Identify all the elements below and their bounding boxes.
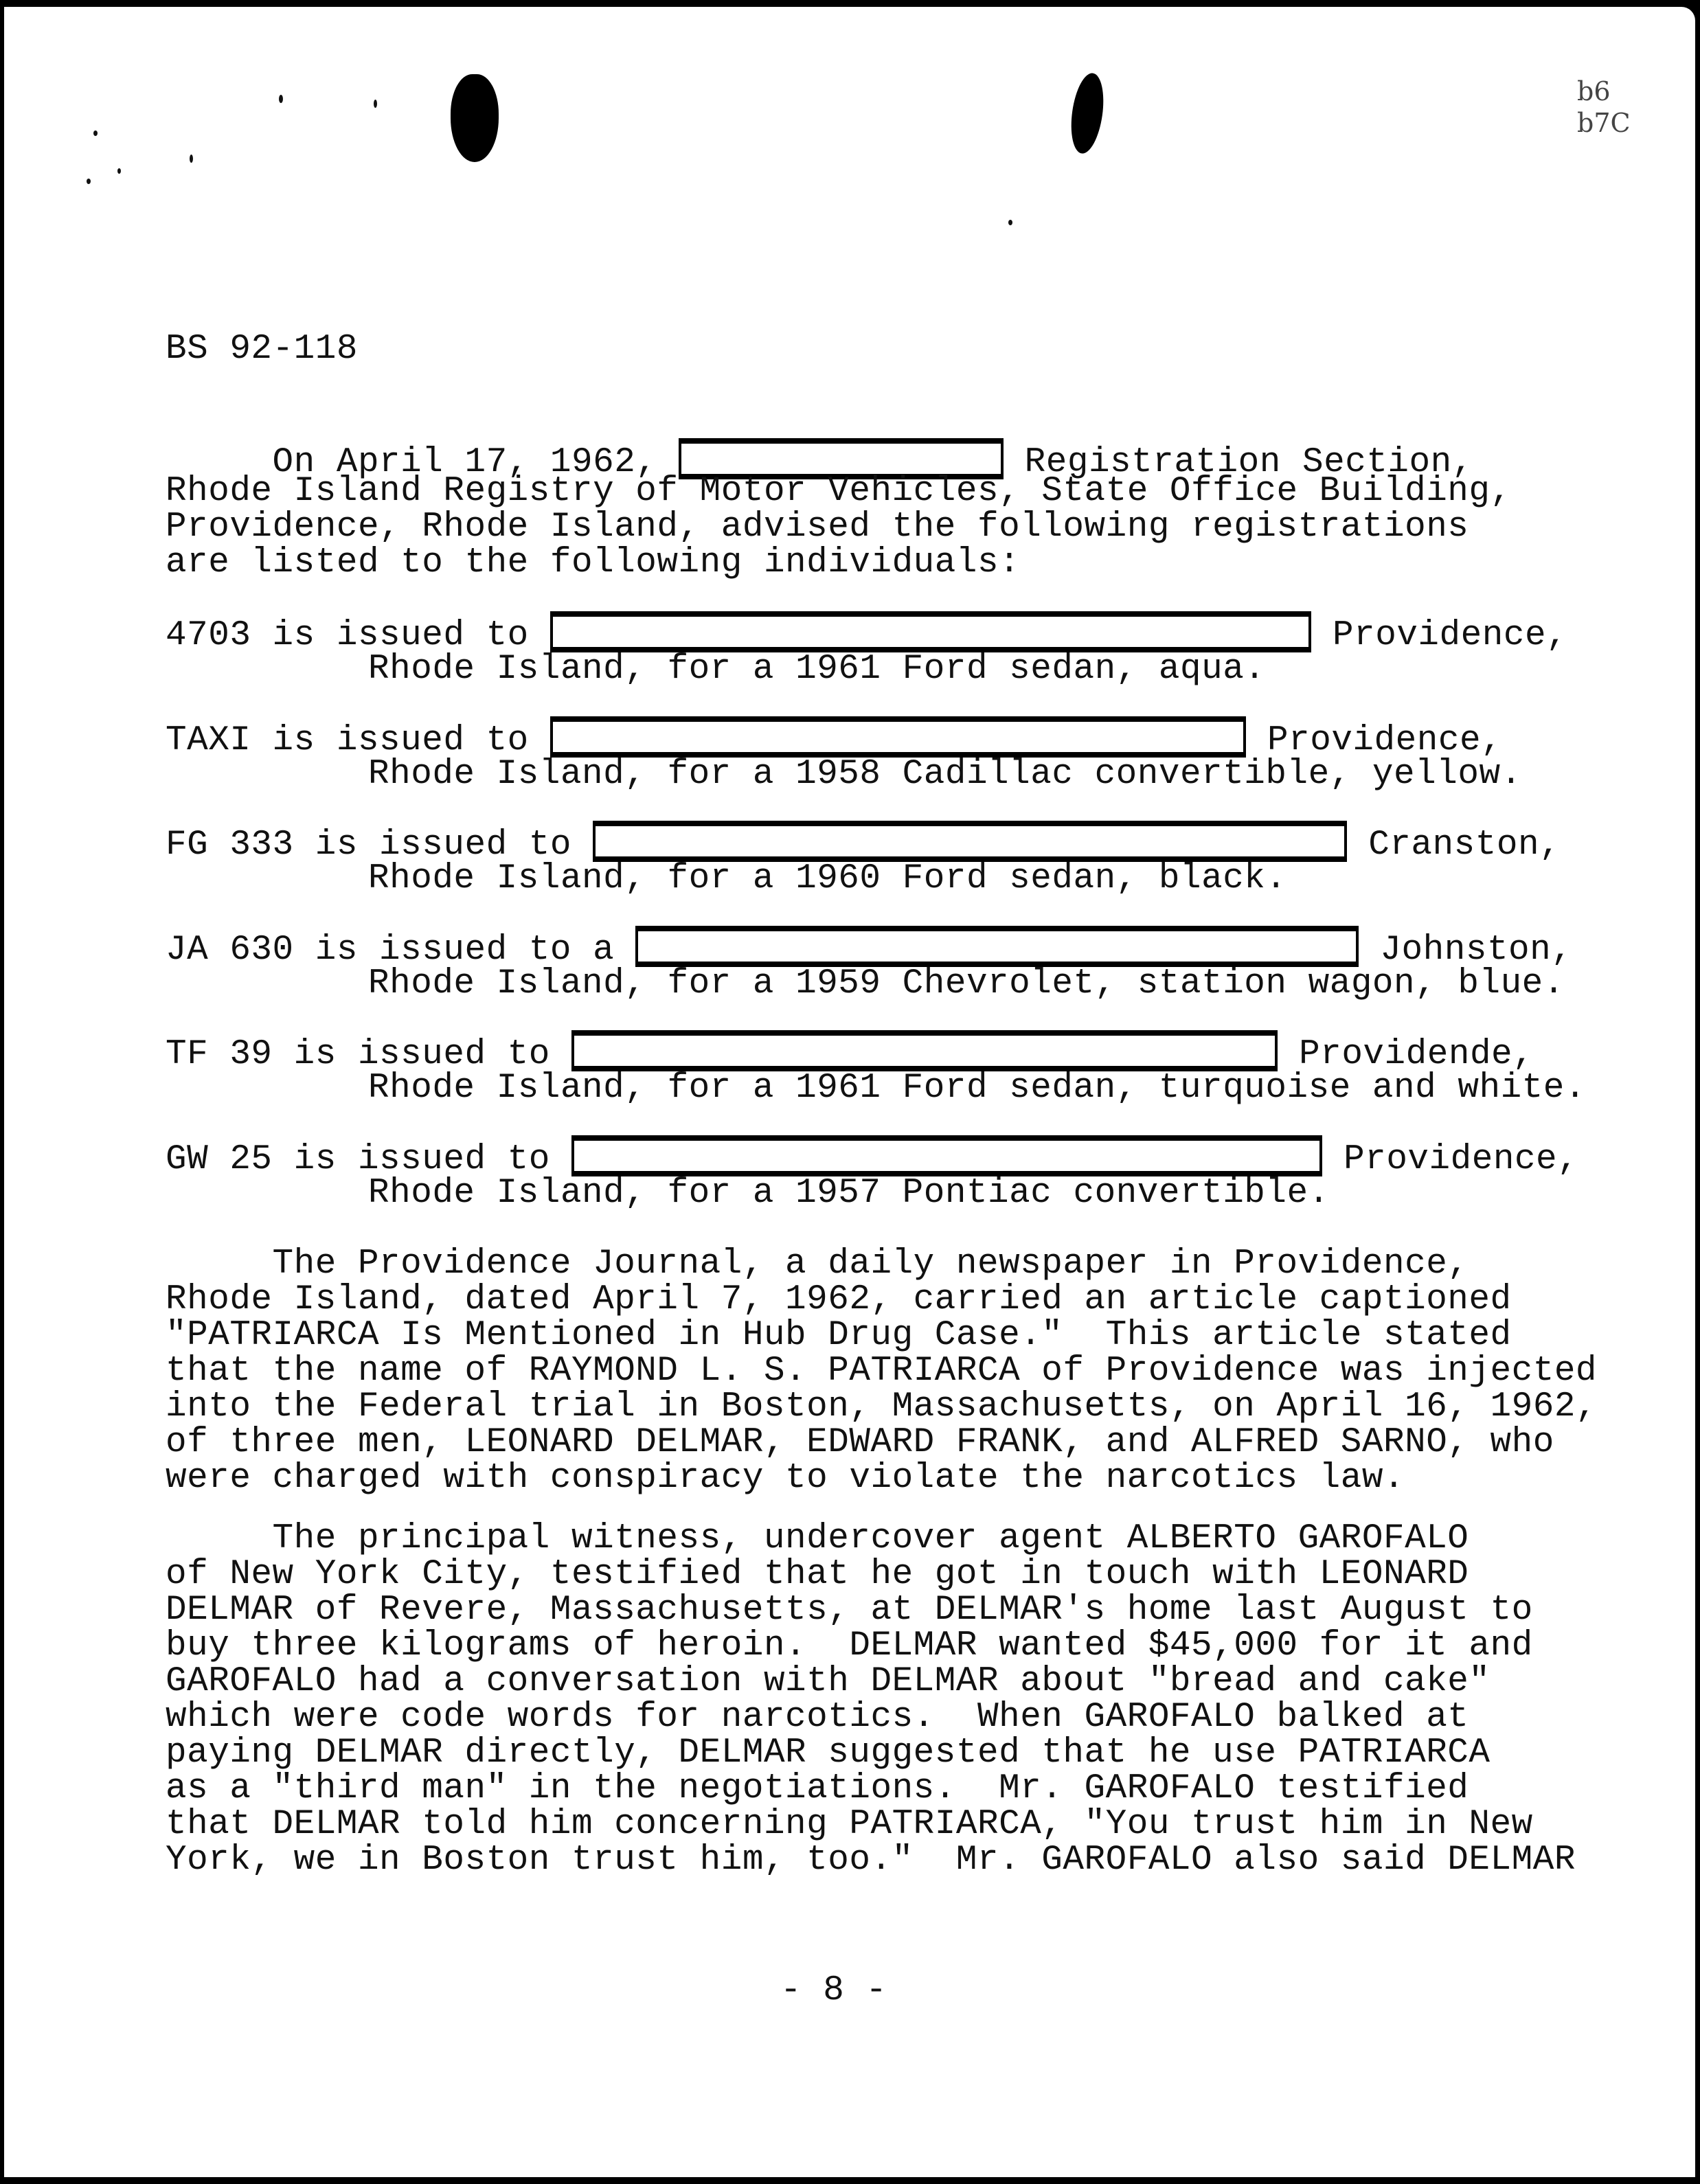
- text-line: of New York City, testified that he got …: [166, 1557, 1594, 1593]
- vehicle-detail: Rhode Island, for a 1961 Ford sedan, tur…: [166, 1069, 1608, 1104]
- text-line: "PATRIARCA Is Mentioned in Hub Drug Case…: [166, 1318, 1594, 1354]
- registration-entry: FG 333 is issued to Cranston, Rhode Isla…: [166, 821, 1608, 895]
- city: Cranston,: [1368, 826, 1561, 865]
- page-number: - 8 -: [780, 1971, 887, 2010]
- text-line: York, we in Boston trust him, too." Mr. …: [166, 1843, 1594, 1878]
- exemption-code: b7C: [1577, 107, 1631, 139]
- redaction-box: [550, 611, 1311, 652]
- exemption-codes: b6 b7C: [1577, 76, 1631, 139]
- speck: [279, 95, 283, 103]
- registration-entry: GW 25 is issued to Providence, Rhode Isl…: [166, 1135, 1608, 1209]
- speck: [374, 100, 377, 108]
- registration-entry: TF 39 is issued to Providende, Rhode Isl…: [166, 1030, 1608, 1104]
- hole-punch-mark: [1067, 71, 1108, 156]
- speck: [117, 168, 121, 174]
- text-line: Rhode Island, dated April 7, 1962, carri…: [166, 1282, 1594, 1318]
- redaction-box: [593, 821, 1347, 862]
- intro-paragraph: On April 17, 1962, Registration Section,…: [166, 438, 1594, 581]
- text-line: as a "third man" in the negotiations. Mr…: [166, 1771, 1594, 1807]
- speck: [87, 179, 91, 184]
- redaction-box: [635, 926, 1359, 967]
- file-number: BS 92-118: [166, 330, 358, 369]
- text-line: On April 17, 1962, Registration Section,: [166, 438, 1594, 474]
- text-line: that the name of RAYMOND L. S. PATRIARCA…: [166, 1354, 1594, 1389]
- witness-paragraph: The principal witness, undercover agent …: [166, 1521, 1594, 1878]
- journal-paragraph: The Providence Journal, a daily newspape…: [166, 1247, 1594, 1497]
- registration-entry: TAXI is issued to Providence, Rhode Isla…: [166, 716, 1608, 790]
- speck: [190, 155, 193, 163]
- text-line: are listed to the following individuals:: [166, 545, 1594, 581]
- redaction-box: [571, 1030, 1278, 1071]
- text-line: were charged with conspiracy to violate …: [166, 1461, 1594, 1497]
- registration-entry: 4703 is issued to Providence, Rhode Isla…: [166, 611, 1608, 685]
- text-line: The Providence Journal, a daily newspape…: [166, 1247, 1594, 1282]
- redaction-box: [550, 716, 1246, 758]
- text-line: into the Federal trial in Boston, Massac…: [166, 1389, 1594, 1425]
- document-page: b6 b7C BS 92-118 On April 17, 1962, Regi…: [4, 7, 1695, 2177]
- text-line: GAROFALO had a conversation with DELMAR …: [166, 1664, 1594, 1700]
- text-line: The principal witness, undercover agent …: [166, 1521, 1594, 1557]
- text-line: that DELMAR told him concerning PATRIARC…: [166, 1807, 1594, 1843]
- redaction-box: [571, 1135, 1322, 1176]
- text-line: which were code words for narcotics. Whe…: [166, 1700, 1594, 1736]
- speck: [1008, 220, 1012, 225]
- hole-punch-mark: [451, 74, 499, 162]
- text-line: DELMAR of Revere, Massachusetts, at DELM…: [166, 1593, 1594, 1628]
- city: Providence,: [1333, 616, 1567, 655]
- vehicle-detail: Rhode Island, for a 1959 Chevrolet, stat…: [166, 964, 1608, 1000]
- city: Providence,: [1344, 1140, 1578, 1179]
- text-line: of three men, LEONARD DELMAR, EDWARD FRA…: [166, 1425, 1594, 1461]
- text-line: buy three kilograms of heroin. DELMAR wa…: [166, 1628, 1594, 1664]
- vehicle-detail: Rhode Island, for a 1958 Cadillac conver…: [166, 755, 1608, 790]
- text-line: Rhode Island Registry of Motor Vehicles,…: [166, 474, 1594, 510]
- registration-entry: JA 630 is issued to a Johnston, Rhode Is…: [166, 926, 1608, 1000]
- speck: [93, 130, 98, 136]
- exemption-code: b6: [1577, 76, 1631, 107]
- text-line: Providence, Rhode Island, advised the fo…: [166, 510, 1594, 545]
- text-line: paying DELMAR directly, DELMAR suggested…: [166, 1736, 1594, 1771]
